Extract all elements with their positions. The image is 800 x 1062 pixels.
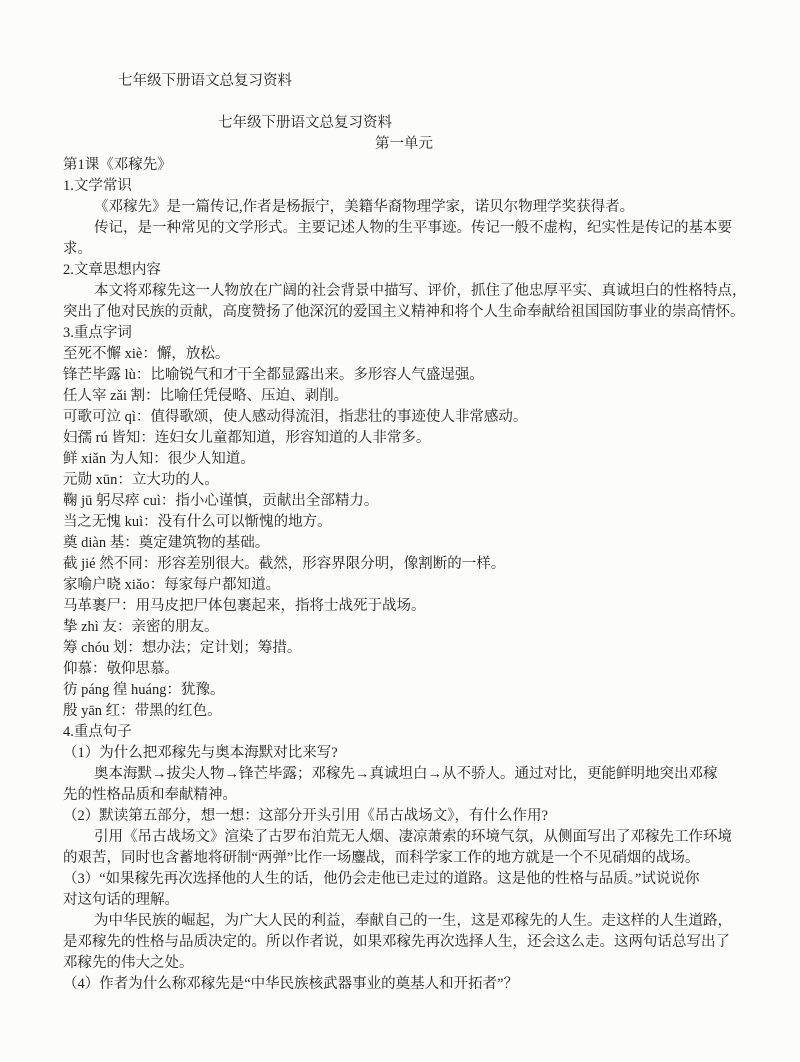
doc-line: 是邓稼先的性格与品质决定的。所以作者说，如果邓稼先再次选择人生，还会这么走。这两… (63, 932, 760, 953)
doc-line: 家喻户晓 xiǎo：每家每户都知道。 (63, 575, 760, 596)
doc-line: 引用《吊古战场文》渲染了古罗布泊荒无人烟、凄凉萧索的环境气氛，从侧面写出了邓稼先… (94, 827, 760, 848)
doc-line: 《邓稼先》是一篇传记,作者是杨振宁，美籍华裔物理学家，诺贝尔物理学奖获得者。 (94, 197, 760, 218)
doc-line: 筹 chóu 划：想办法；定计划；筹措。 (63, 638, 760, 659)
doc-line: 妇孺 rú 皆知：连妇女儿童都知道，形容知道的人非常多。 (63, 428, 760, 449)
doc-line: 对这句话的理解。 (63, 890, 760, 911)
doc-line: 邓稼先的伟大之处。 (63, 953, 760, 974)
doc-line: 任人宰 zǎi 割：比喻任凭侵略、压迫、剥削。 (63, 386, 760, 407)
doc-line: 第1课《邓稼先》 (63, 155, 760, 176)
doc-line: 七年级下册语文总复习资料 (218, 113, 760, 134)
doc-line: 求。 (63, 239, 760, 260)
doc-line: 至死不懈 xiè：懈，放松。 (63, 344, 760, 365)
doc-line: （4）作者为什么称邓稼先是“中华民族核武器事业的奠基人和开拓者”？ (63, 974, 760, 995)
doc-line: 奥本海默→拔尖人物→锋芒毕露；邓稼先→真诚坦白→从不骄人。通过对比，更能鲜明地突… (94, 764, 760, 785)
doc-blank-line (63, 92, 760, 113)
doc-line: 截 jié 然不同：形容差别很大。截然，形容界限分明，像割断的一样。 (63, 554, 760, 575)
doc-line: 突出了他对民族的贡献，高度赞扬了他深沉的爱国主义精神和将个人生命奉献给祖国国防事… (63, 302, 760, 323)
doc-line: （2）默读第五部分，想一想：这部分开头引用《吊古战场文》，有什么作用? (63, 806, 760, 827)
doc-line: 可歌可泣 qì：值得歌颂，使人感动得流泪，指悲壮的事迹使人非常感动。 (63, 407, 760, 428)
doc-line: 元勋 xūn：立大功的人。 (63, 470, 760, 491)
doc-line: 2.文章思想内容 (63, 260, 760, 281)
doc-line: 第一单元 (375, 134, 760, 155)
doc-line: 先的性格品质和奉献精神。 (63, 785, 760, 806)
doc-line: 3.重点字词 (63, 323, 760, 344)
document-body: 七年级下册语文总复习资料七年级下册语文总复习资料第一单元第1课《邓稼先》1.文学… (63, 71, 760, 995)
doc-line: 传记，是一种常见的文学形式。主要记述人物的生平事迹。传记一般不虚构，纪实性是传记… (94, 218, 760, 239)
doc-line: （1）为什么把邓稼先与奥本海默对比来写? (63, 743, 760, 764)
doc-line: 鞠 jū 躬尽瘁 cuì：指小心谨慎，贡献出全部精力。 (63, 491, 760, 512)
doc-line: 鲜 xiǎn 为人知：很少人知道。 (63, 449, 760, 470)
doc-line: 1.文学常识 (63, 176, 760, 197)
document-page: 七年级下册语文总复习资料七年级下册语文总复习资料第一单元第1课《邓稼先》1.文学… (0, 0, 800, 1062)
doc-line: 为中华民族的崛起，为广大人民的利益，奉献自己的一生，这是邓稼先的人生。走这样的人… (94, 911, 760, 932)
doc-line: 奠 diàn 基：奠定建筑物的基础。 (63, 533, 760, 554)
doc-line: 殷 yān 红：带黑的红色。 (63, 701, 760, 722)
doc-line: 的艰苦，同时也含蓄地将研制“两弹”比作一场鏖战，而科学家工作的地方就是一个不见硝… (63, 848, 760, 869)
doc-line: 锋芒毕露 lù：比喻锐气和才干全都显露出来。多形容人气盛逞强。 (63, 365, 760, 386)
doc-line: （3）“如果稼先再次选择他的人生的话，他仍会走他已走过的道路。这是他的性格与品质… (63, 869, 760, 890)
doc-line: 七年级下册语文总复习资料 (118, 71, 760, 92)
doc-line: 本文将邓稼先这一人物放在广阔的社会背景中描写、评价，抓住了他忠厚平实、真诚坦白的… (94, 281, 760, 302)
doc-line: 仰慕：敬仰思慕。 (63, 659, 760, 680)
doc-line: 当之无愧 kuì：没有什么可以惭愧的地方。 (63, 512, 760, 533)
doc-line: 马革裹尸：用马皮把尸体包裹起来，指将士战死于战场。 (63, 596, 760, 617)
doc-line: 4.重点句子 (63, 722, 760, 743)
doc-line: 彷 páng 徨 huáng：犹豫。 (63, 680, 760, 701)
doc-line: 挚 zhì 友：亲密的朋友。 (63, 617, 760, 638)
